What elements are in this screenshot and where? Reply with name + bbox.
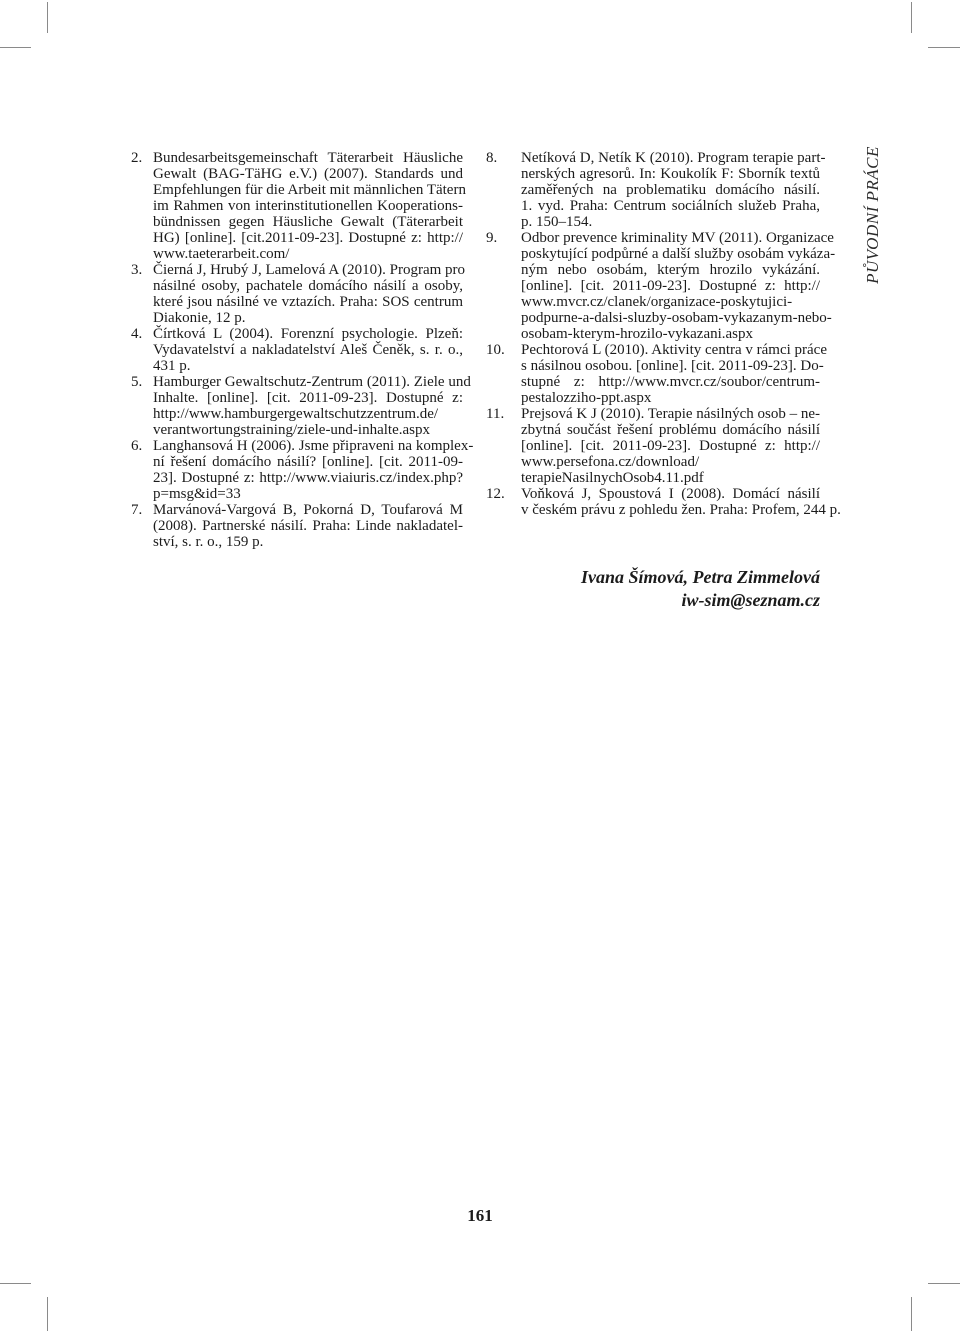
reference-line: pestalozziho-ppt.aspx: [521, 390, 820, 406]
reference-line: Langhansová H (2006). Jsme připraveni na…: [153, 438, 463, 454]
reference-line: www.persefona.cz/download/: [521, 454, 820, 470]
reference-line: poskytující podpůrné a další služby osob…: [521, 246, 820, 262]
reference-item: 8.Netíková D, Netík K (2010). Program te…: [486, 150, 820, 230]
reference-line: http://www.hamburgergewaltschutzzentrum.…: [153, 406, 463, 422]
reference-number: 2.: [131, 150, 153, 262]
crop-mark-bottom-right-vertical: [911, 1297, 912, 1331]
reference-number: 5.: [131, 374, 153, 438]
reference-text: Netíková D, Netík K (2010). Program tera…: [521, 150, 820, 230]
reference-text: Voňková J, Spoustová I (2008). Domácí ná…: [521, 486, 820, 518]
reference-text: Odbor prevence kriminality MV (2011). Or…: [521, 230, 820, 342]
crop-mark-bottom-right-horizontal: [928, 1283, 960, 1284]
reference-line: zbytná součást řešení problému domácího …: [521, 422, 820, 438]
reference-line: www.taeterarbeit.com/: [153, 246, 463, 262]
reference-text: Čierná J, Hrubý J, Lamelová A (2010). Pr…: [153, 262, 463, 326]
reference-line: Čírtková L (2004). Forenzní psychologie.…: [153, 326, 463, 342]
reference-item: 4.Čírtková L (2004). Forenzní psychologi…: [131, 326, 463, 374]
reference-line: Marvánová-Vargová B, Pokorná D, Toufarov…: [153, 502, 463, 518]
reference-item: 10.Pechtorová L (2010). Aktivity centra …: [486, 342, 820, 406]
reference-number: 10.: [486, 342, 521, 406]
reference-line: Inhalte. [online]. [cit. 2011-09-23]. Do…: [153, 390, 463, 406]
journal-page: 2.Bundesarbeitsgemeinschaft Täterarbeit …: [0, 0, 960, 1331]
reference-line: Odbor prevence kriminality MV (2011). Or…: [521, 230, 820, 246]
reference-line: ství, s. r. o., 159 p.: [153, 534, 463, 550]
reference-line: násilné osoby, pachatele domácího násilí…: [153, 278, 463, 294]
reference-line: (2008). Partnerské násilí. Praha: Linde …: [153, 518, 463, 534]
reference-line: Hamburger Gewaltschutz-Zentrum (2011). Z…: [153, 374, 463, 390]
reference-line: stupné z: http://www.mvcr.cz/soubor/cent…: [521, 374, 820, 390]
reference-line: Pechtorová L (2010). Aktivity centra v r…: [521, 342, 820, 358]
crop-mark-top-left-vertical: [47, 2, 48, 33]
reference-line: im Rahmen von interinstitutionellen Koop…: [153, 198, 463, 214]
reference-line: Čierná J, Hrubý J, Lamelová A (2010). Pr…: [153, 262, 463, 278]
reference-number: 3.: [131, 262, 153, 326]
reference-line: Gewalt (BAG-TäHG e.V.) (2007). Standards…: [153, 166, 463, 182]
reference-number: 4.: [131, 326, 153, 374]
reference-line: Vydavatelství a nakladatelství Aleš Čeně…: [153, 342, 463, 358]
reference-line: terapieNasilnychOsob4.11.pdf: [521, 470, 820, 486]
reference-number: 11.: [486, 406, 521, 486]
reference-line: ní řešení domácího násilí? [online]. [ci…: [153, 454, 463, 470]
reference-line: Bundesarbeitsgemeinschaft Täterarbeit Hä…: [153, 150, 463, 166]
reference-line: zaměřených na problematiku domácího nási…: [521, 182, 820, 198]
reference-line: verantwortungstraining/ziele-und-inhalte…: [153, 422, 463, 438]
reference-line: nerských agresorů. In: Koukolík F: Sborn…: [521, 166, 820, 182]
references-column-left: 2.Bundesarbeitsgemeinschaft Täterarbeit …: [131, 150, 463, 550]
reference-item: 11.Prejsová K J (2010). Terapie násilnýc…: [486, 406, 820, 486]
reference-line: 23]. Dostupné z: http://www.viaiuris.cz/…: [153, 470, 463, 486]
reference-line: podpurne-a-dalsi-sluzby-osobam-vykazanym…: [521, 310, 820, 326]
author-names: Ivana Šímová, Petra Zimmelová: [486, 566, 820, 589]
reference-text: Čírtková L (2004). Forenzní psychologie.…: [153, 326, 463, 374]
reference-line: osobam-kterym-hrozilo-vykazani.aspx: [521, 326, 820, 342]
crop-mark-top-right-vertical: [911, 2, 912, 33]
reference-number: 12.: [486, 486, 521, 518]
section-label-vertical: PŮVODNÍ PRÁCE: [859, 146, 886, 284]
reference-line: Empfehlungen für die Arbeit mit männlich…: [153, 182, 463, 198]
crop-mark-bottom-left-horizontal: [0, 1283, 31, 1284]
reference-number: 8.: [486, 150, 521, 230]
reference-text: Pechtorová L (2010). Aktivity centra v r…: [521, 342, 820, 406]
reference-line: [online]. [cit. 2011-09-23]. Dostupné z:…: [521, 438, 820, 454]
crop-mark-bottom-left-vertical: [47, 1297, 48, 1331]
reference-item: 6.Langhansová H (2006). Jsme připraveni …: [131, 438, 463, 502]
reference-line: p. 150–154.: [521, 214, 820, 230]
reference-text: Hamburger Gewaltschutz-Zentrum (2011). Z…: [153, 374, 463, 438]
reference-text: Bundesarbeitsgemeinschaft Täterarbeit Hä…: [153, 150, 463, 262]
reference-line: p=msg&id=33: [153, 486, 463, 502]
reference-line: 1. vyd. Praha: Centrum sociálních služeb…: [521, 198, 820, 214]
reference-line: [online]. [cit. 2011-09-23]. Dostupné z:…: [521, 278, 820, 294]
references-column-right: 8.Netíková D, Netík K (2010). Program te…: [486, 150, 820, 518]
reference-line: které jsou násilné ve vztazích. Praha: S…: [153, 294, 463, 310]
reference-item: 2.Bundesarbeitsgemeinschaft Täterarbeit …: [131, 150, 463, 262]
reference-item: 5.Hamburger Gewaltschutz-Zentrum (2011).…: [131, 374, 463, 438]
reference-line: www.mvcr.cz/clanek/organizace-poskytujic…: [521, 294, 820, 310]
reference-line: HG) [online]. [cit.2011-09-23]. Dostupné…: [153, 230, 463, 246]
reference-number: 7.: [131, 502, 153, 550]
reference-item: 7.Marvánová-Vargová B, Pokorná D, Toufar…: [131, 502, 463, 550]
reference-line: ným nebo osobám, kterým hrozilo vykázání…: [521, 262, 820, 278]
reference-number: 6.: [131, 438, 153, 502]
reference-item: 12.Voňková J, Spoustová I (2008). Domácí…: [486, 486, 820, 518]
reference-line: bündnissen gegen Häusliche Gewalt (Täter…: [153, 214, 463, 230]
reference-line: 431 p.: [153, 358, 463, 374]
reference-number: 9.: [486, 230, 521, 342]
authors-block: Ivana Šímová, Petra Zimmelová iw-sim@sez…: [486, 566, 820, 612]
reference-text: Prejsová K J (2010). Terapie násilných o…: [521, 406, 820, 486]
reference-item: 9.Odbor prevence kriminality MV (2011). …: [486, 230, 820, 342]
reference-line: Netíková D, Netík K (2010). Program tera…: [521, 150, 820, 166]
reference-text: Langhansová H (2006). Jsme připraveni na…: [153, 438, 463, 502]
crop-mark-top-right-horizontal: [928, 47, 960, 48]
crop-mark-top-left-horizontal: [0, 47, 31, 48]
page-number: 161: [0, 1206, 960, 1226]
reference-line: s násilnou osobou. [online]. [cit. 2011-…: [521, 358, 820, 374]
reference-line: Prejsová K J (2010). Terapie násilných o…: [521, 406, 820, 422]
reference-text: Marvánová-Vargová B, Pokorná D, Toufarov…: [153, 502, 463, 550]
reference-line: Diakonie, 12 p.: [153, 310, 463, 326]
reference-item: 3.Čierná J, Hrubý J, Lamelová A (2010). …: [131, 262, 463, 326]
reference-line: Voňková J, Spoustová I (2008). Domácí ná…: [521, 486, 820, 502]
reference-line: v českém právu z pohledu žen. Praha: Pro…: [521, 502, 820, 518]
author-email: iw-sim@seznam.cz: [486, 589, 820, 612]
